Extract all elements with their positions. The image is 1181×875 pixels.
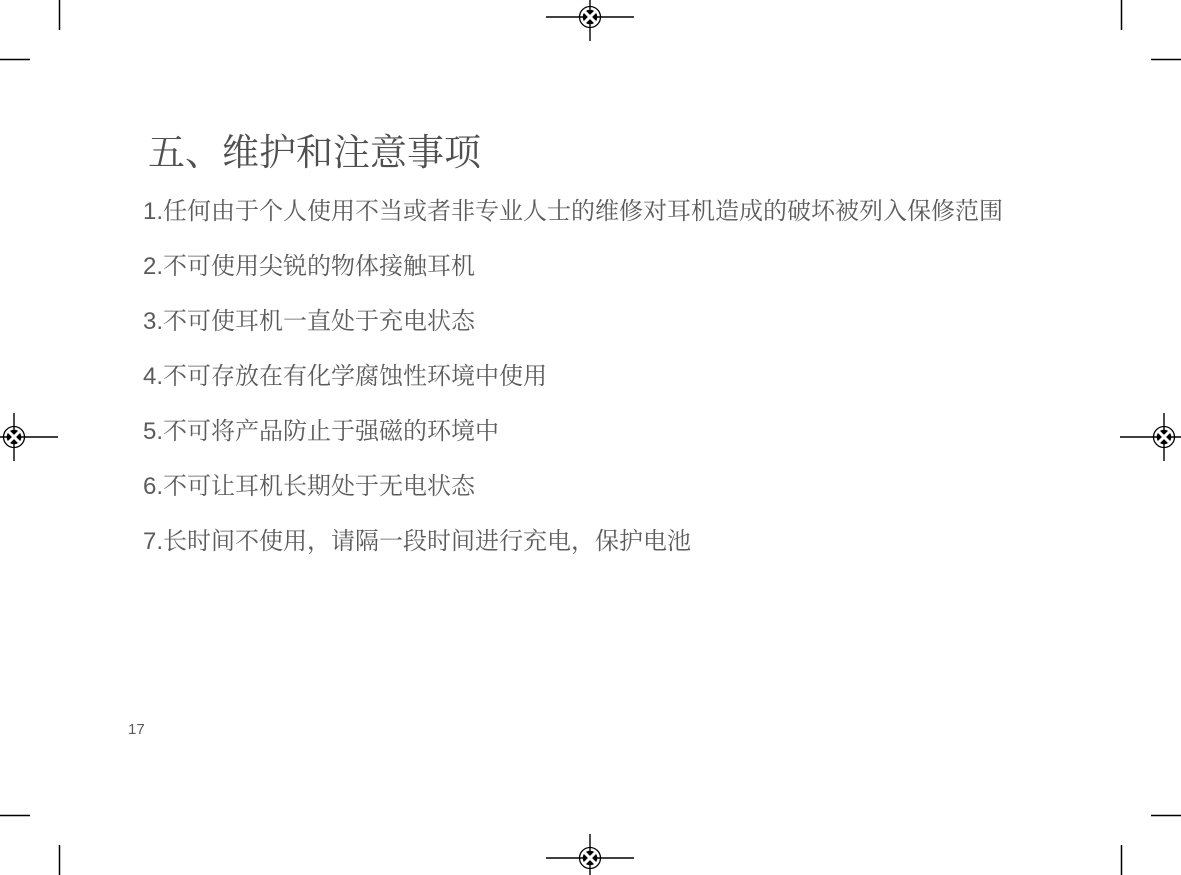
list-item: 1.任何由于个人使用不当或者非专业人士的维修对耳机造成的破坏被列入保修范围 <box>143 199 1103 225</box>
list-item: 3.不可使耳机一直处于充电状态 <box>143 309 1103 335</box>
page-number: 17 <box>128 721 145 738</box>
registration-target-icon-bottom <box>546 834 634 875</box>
registration-target-icon-top <box>546 0 634 41</box>
page-title: 五、维护和注意事项 <box>148 132 481 175</box>
list-item: 7.长时间不使用，请隔一段时间进行充电，保护电池 <box>143 529 1103 555</box>
list-item: 4.不可存放在有化学腐蚀性环境中使用 <box>143 364 1103 390</box>
list-item: 6.不可让耳机长期处于无电状态 <box>143 474 1103 500</box>
manual-page: 五、维护和注意事项 1.任何由于个人使用不当或者非专业人士的维修对耳机造成的破坏… <box>0 0 1181 875</box>
list-item: 5.不可将产品防止于强磁的环境中 <box>143 419 1103 445</box>
precautions-list: 1.任何由于个人使用不当或者非专业人士的维修对耳机造成的破坏被列入保修范围 2.… <box>143 199 1103 584</box>
list-item: 2.不可使用尖锐的物体接触耳机 <box>143 254 1103 280</box>
registration-target-icon-right <box>1120 413 1181 461</box>
registration-target-icon-left <box>0 413 58 461</box>
